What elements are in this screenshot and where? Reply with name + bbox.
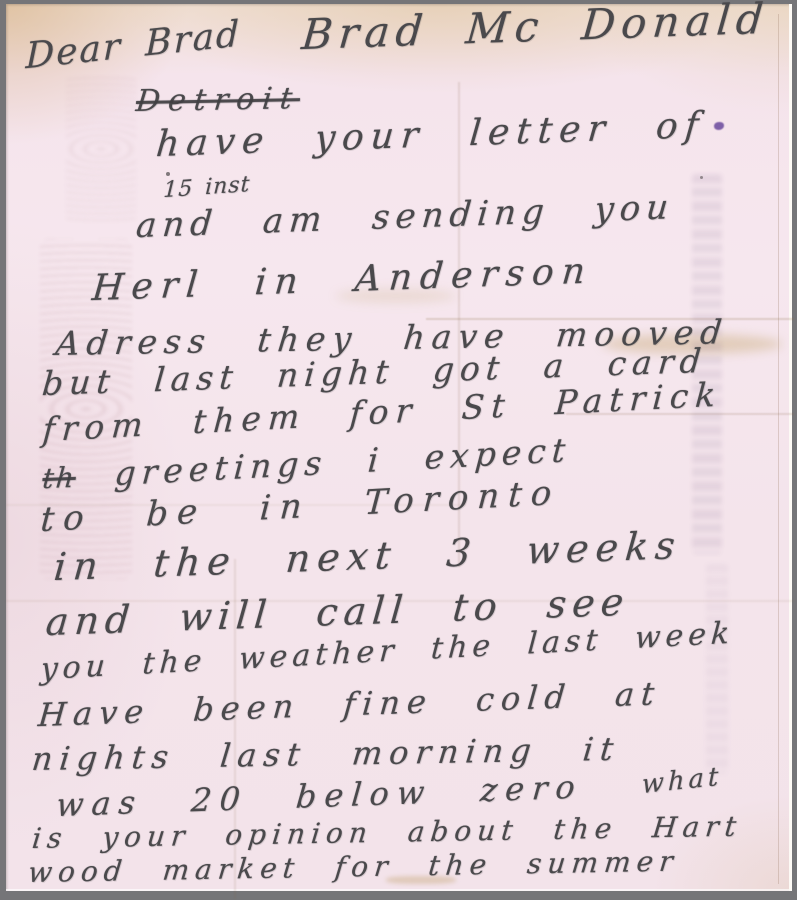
letter-line: Have been fine cold at: [37, 674, 663, 734]
handwriting-lines: Brad Mc DonaldDear BradDetroithave your …: [6, 4, 792, 891]
letter-line: th: [41, 461, 77, 495]
letter-line: Detroit: [134, 81, 302, 119]
addressee-header-line: Brad Mc Donald: [300, 0, 771, 59]
letter-paper: Brad Mc DonaldDear BradDetroithave your …: [6, 4, 792, 891]
letter-line: Dear Brad: [25, 13, 241, 77]
letter-line: 15 inst: [163, 172, 251, 203]
letter-line: Herl in Anderson: [90, 251, 594, 310]
letter-scan: Brad Mc DonaldDear BradDetroithave your …: [0, 0, 797, 900]
letter-line: what: [641, 762, 722, 801]
